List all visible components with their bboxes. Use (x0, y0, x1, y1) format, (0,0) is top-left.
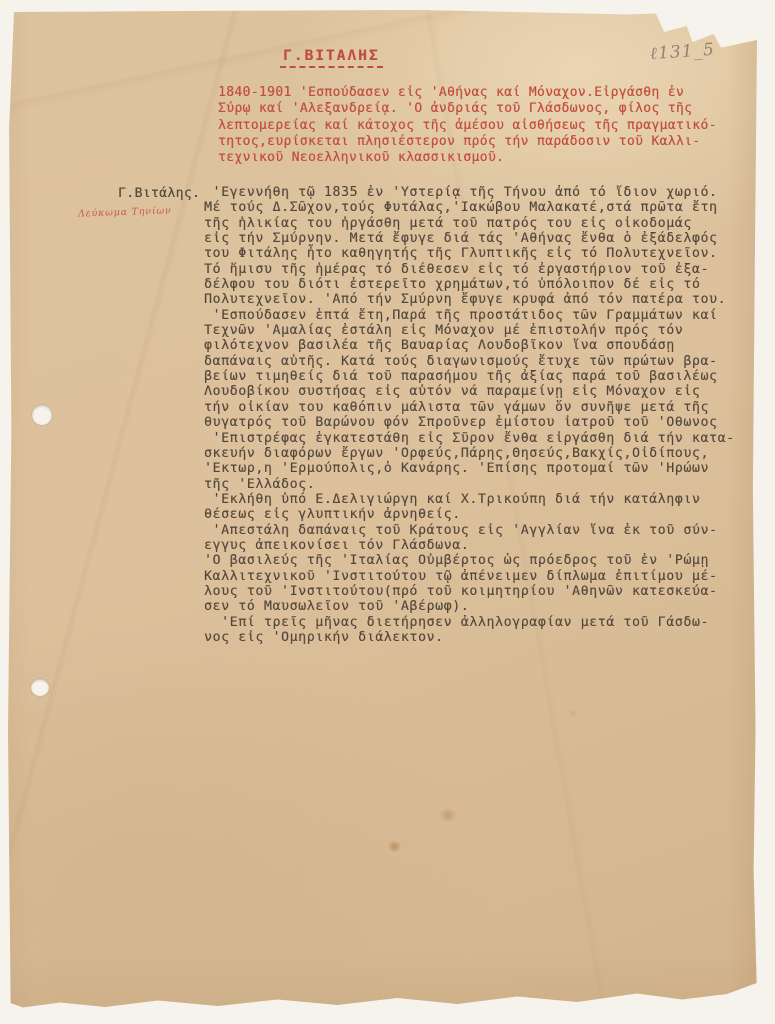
page-title: Γ.ΒΙΤΑΛΗΣ (280, 48, 383, 68)
punch-hole-bottom (31, 679, 49, 696)
biography-body-text: 'Εγεννήθη τῷ 1835 ἐν 'Υστερίᾳ τῆς Τήνου … (204, 185, 735, 645)
archival-number-annotation: ℓ131_5 (649, 40, 715, 64)
document-page: ℓ131_5 Γ.ΒΙΤΑΛΗΣ 1840-1901 'Εσπούδασεν ε… (8, 9, 757, 1011)
scan-background: ℓ131_5 Γ.ΒΙΤΑΛΗΣ 1840-1901 'Εσπούδασεν ε… (0, 0, 775, 1024)
punch-hole-top (32, 405, 52, 425)
paper-stain (440, 808, 456, 822)
paper-stain (568, 709, 578, 717)
paper-stain (388, 841, 401, 852)
handwritten-margin-note: Λεύκωμα Τηνίων (78, 205, 172, 219)
biography-summary-red: 1840-1901 'Εσπούδασεν εἰς 'Αθήνας καί Μό… (218, 85, 717, 166)
margin-name-label: Γ.Βιτάλης. (118, 186, 200, 201)
